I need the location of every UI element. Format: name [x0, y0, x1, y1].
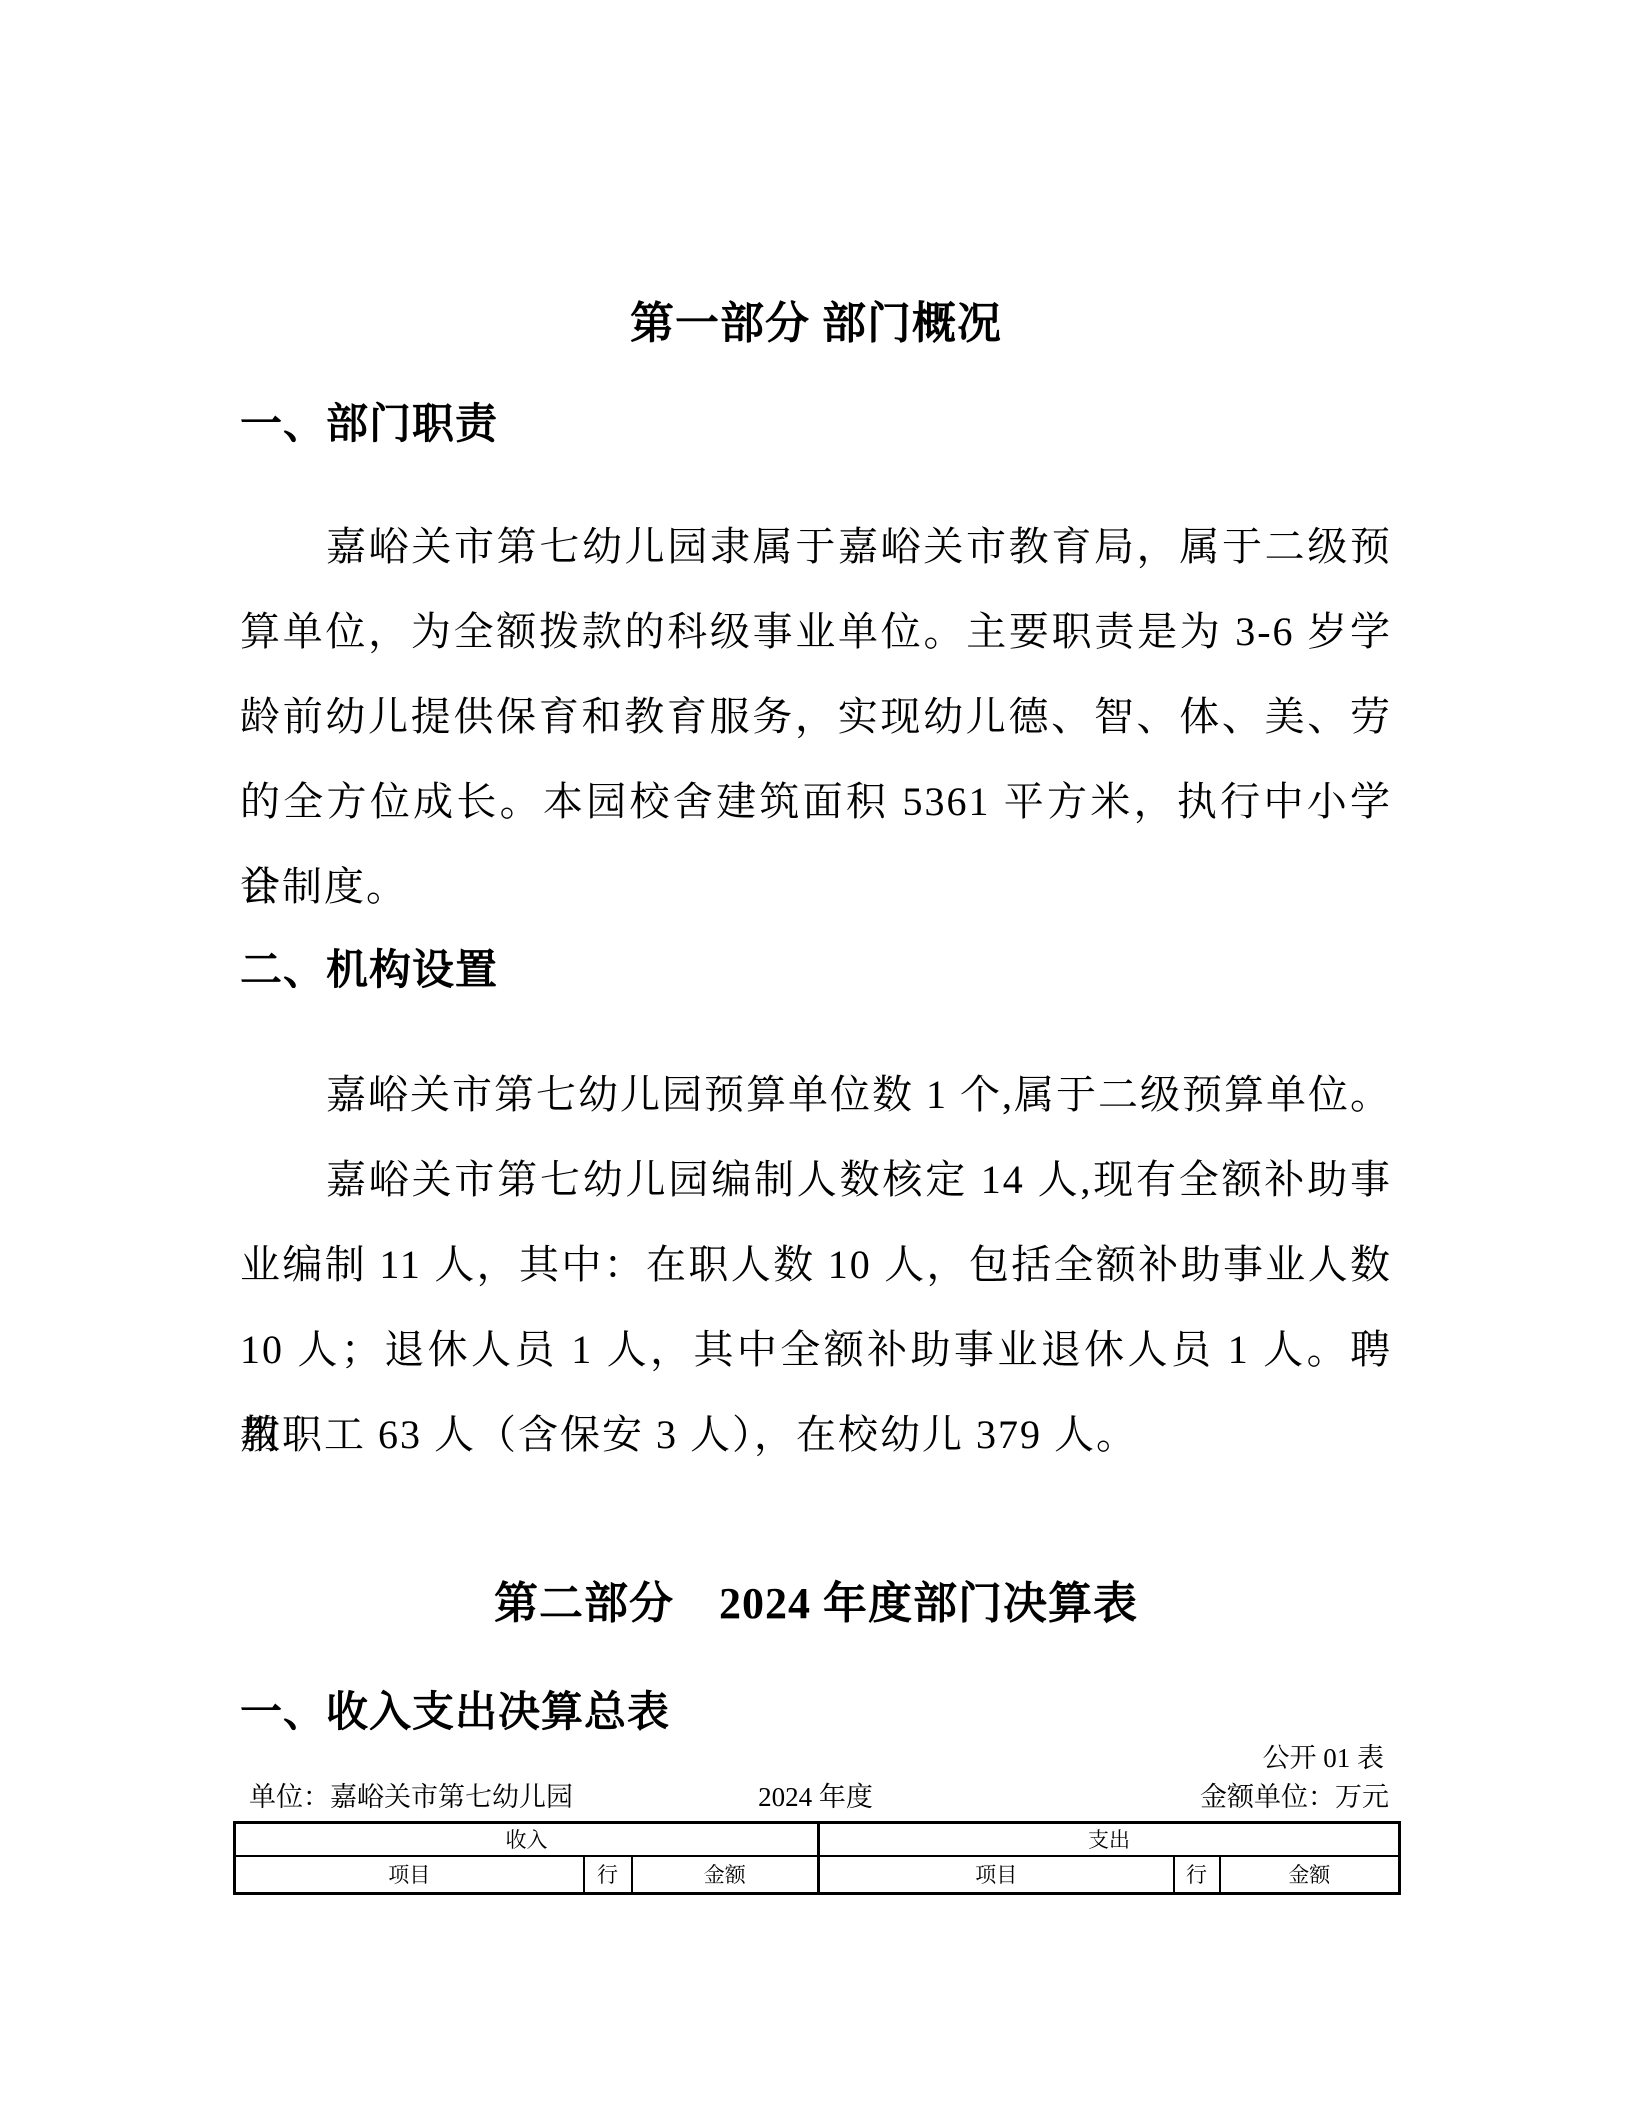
paragraph-line: 嘉峪关市第七幼儿园预算单位数 1 个,属于二级预算单位。	[240, 1052, 1392, 1137]
paragraph-budget-units: 嘉峪关市第七幼儿园预算单位数 1 个,属于二级预算单位。	[240, 1052, 1392, 1137]
amount-unit-label: 金额单位：万元	[1200, 1780, 1389, 1814]
paragraph-line: 嘉峪关市第七幼儿园隶属于嘉峪关市教育局，属于二级预	[240, 504, 1392, 589]
section-heading-structure: 二、机构设置	[240, 944, 498, 996]
expenditure-item-header: 项目	[819, 1856, 1174, 1894]
paragraph-line: 算单位，为全额拨款的科级事业单位。主要职责是为 3-6 岁学	[240, 589, 1392, 674]
expenditure-rowno-header: 行	[1174, 1856, 1220, 1894]
paragraph-line: 计制度。	[240, 844, 1392, 929]
income-rowno-header: 行	[584, 1856, 632, 1894]
part1-title: 第一部分 部门概况	[240, 298, 1392, 350]
table-meta-row: 单位：嘉峪关市第七幼儿园 2024 年度 金额单位：万元	[233, 1780, 1398, 1814]
paragraphs-structure: 嘉峪关市第七幼儿园预算单位数 1 个,属于二级预算单位。 嘉峪关市第七幼儿园编制…	[240, 1052, 1392, 1477]
section-heading-summary-table: 一、收入支出决算总表	[240, 1686, 670, 1738]
paragraph-line: 10 人；退休人员 1 人，其中全额补助事业退休人员 1 人。聘用	[240, 1307, 1392, 1392]
paragraph-duties: 嘉峪关市第七幼儿园隶属于嘉峪关市教育局，属于二级预算单位，为全额拨款的科级事业单…	[240, 504, 1392, 929]
table-group-header-row: 收入 支出	[235, 1823, 1400, 1856]
part2-title: 第二部分 2024 年度部门决算表	[240, 1578, 1392, 1630]
section-heading-duties: 一、部门职责	[240, 398, 498, 450]
paragraph-staffing: 嘉峪关市第七幼儿园编制人数核定 14 人,现有全额补助事业编制 11 人，其中：…	[240, 1137, 1392, 1477]
document-page: 第一部分 部门概况 一、部门职责 嘉峪关市第七幼儿园隶属于嘉峪关市教育局，属于二…	[0, 0, 1632, 2112]
paragraph-line: 龄前幼儿提供保育和教育服务，实现幼儿德、智、体、美、劳	[240, 674, 1392, 759]
income-expenditure-summary-table: 收入 支出 项目 行 金额 项目 行 金额	[233, 1821, 1401, 1895]
income-amount-header: 金额	[632, 1856, 819, 1894]
income-group-header: 收入	[235, 1823, 819, 1856]
table-column-header-row: 项目 行 金额 项目 行 金额	[235, 1856, 1400, 1894]
paragraph-line: 教职工 63 人（含保安 3 人），在校幼儿 379 人。	[240, 1392, 1392, 1477]
sheet-number-note: 公开 01 表	[233, 1742, 1398, 1774]
paragraph-line: 嘉峪关市第七幼儿园编制人数核定 14 人,现有全额补助事	[240, 1137, 1392, 1222]
paragraph-line: 的全方位成长。本园校舍建筑面积 5361 平方米，执行中小学会	[240, 759, 1392, 844]
expenditure-amount-header: 金额	[1220, 1856, 1400, 1894]
income-item-header: 项目	[235, 1856, 584, 1894]
expenditure-group-header: 支出	[819, 1823, 1400, 1856]
paragraph-line: 业编制 11 人，其中：在职人数 10 人，包括全额补助事业人数	[240, 1222, 1392, 1307]
